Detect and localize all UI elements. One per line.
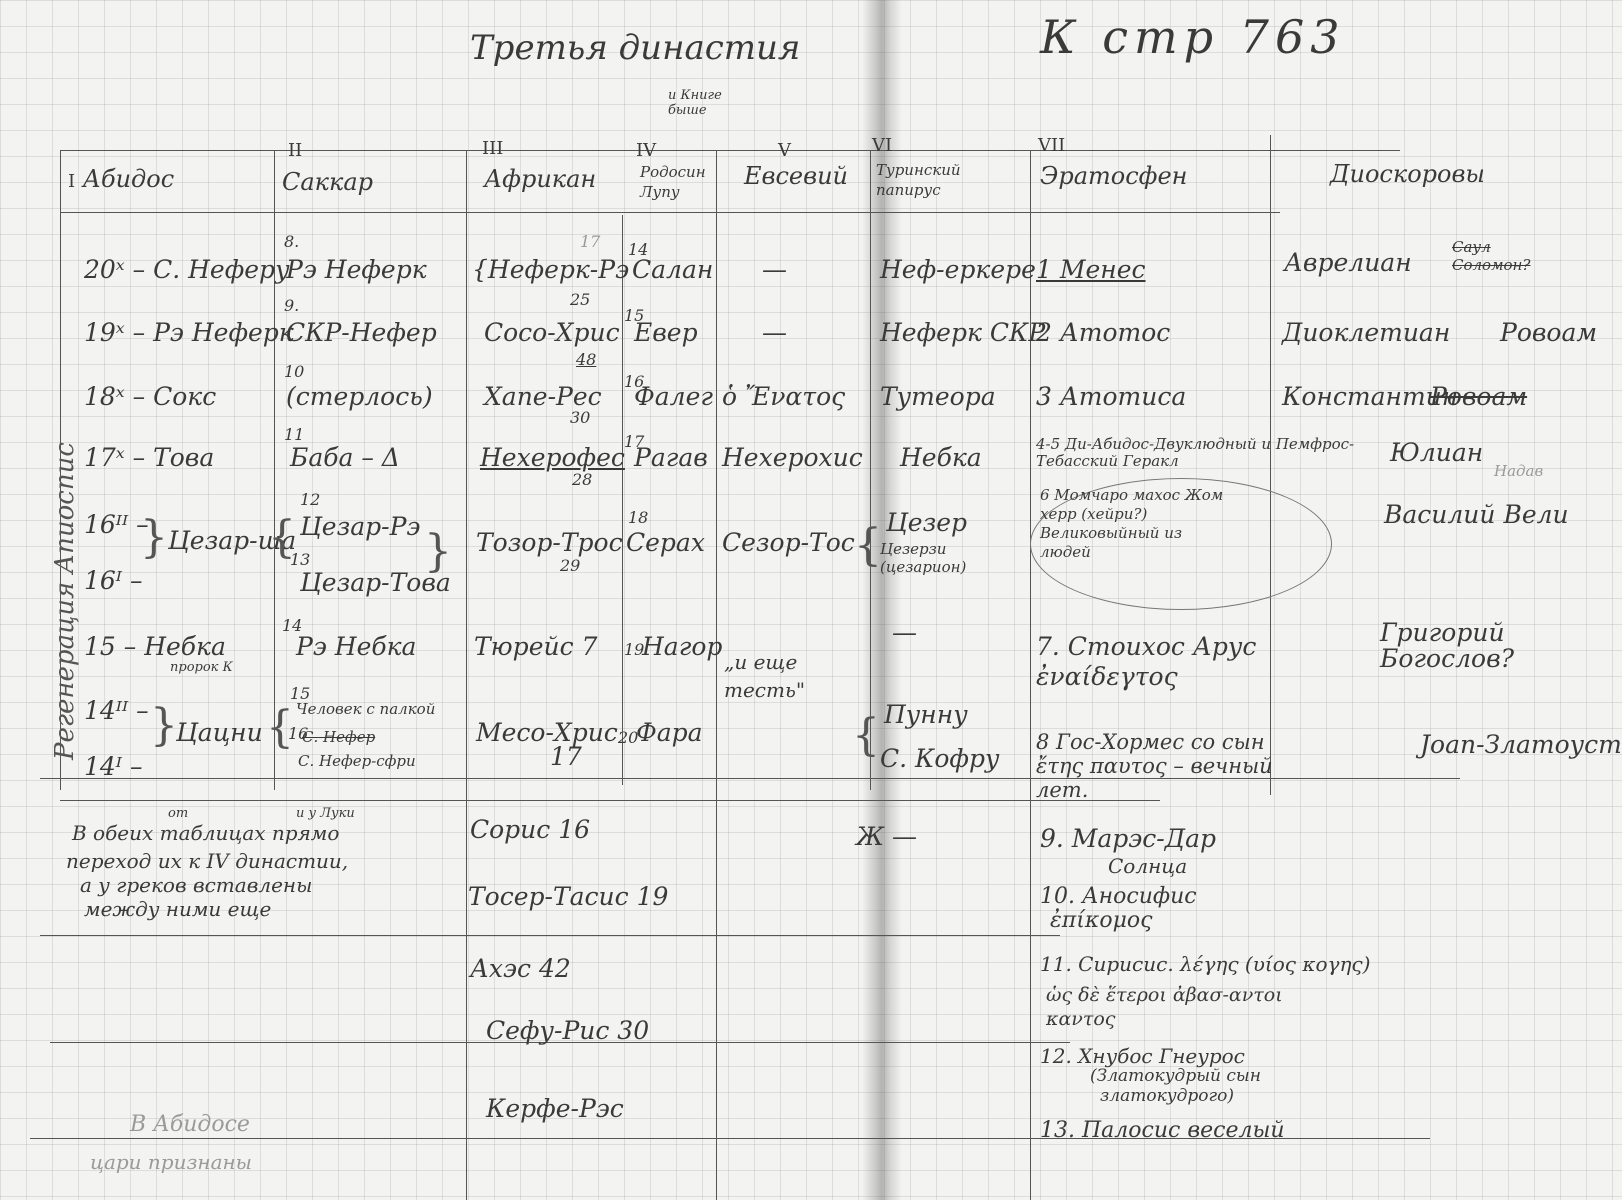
cell-eratosthenes: 8 Гос-Хормес со сын ἔτης παυτος – вечный… <box>1036 730 1286 802</box>
cell-turin: Неф-еркере <box>880 255 1036 284</box>
cell-abydos: 17ˣ – Това <box>84 443 214 472</box>
cell-sakkara: Рэ Небка <box>296 632 416 661</box>
col-header-sakkara: Саккар <box>282 168 373 196</box>
lower-eratosthenes-item: ἐπίκομος <box>1050 908 1152 933</box>
cell-num: 17 <box>580 232 600 251</box>
cell-extra1: Григорий Богослов? <box>1380 620 1570 672</box>
col-rule-3 <box>622 215 623 785</box>
cell-abydos-sub: пророк К <box>170 660 233 675</box>
lower-eratosthenes-item: ὡς δὲ ἕτεροι ἀβασ-αντοι <box>1046 984 1283 1006</box>
cell-eusebius: — <box>762 255 787 284</box>
cell-rodosin: Евер <box>634 318 698 347</box>
cell-abydos: 15 – Небка <box>84 632 226 661</box>
cell-africanus: {Неферк-Рэ <box>472 255 629 284</box>
cell-extra1: Юлиан <box>1390 438 1483 467</box>
roman-numeral: I <box>68 171 75 192</box>
cell-abydos: 20ˣ – С. Неферу <box>84 255 290 284</box>
cell-extra1: Диоклетиан <box>1282 318 1450 347</box>
cell-eusebius: — <box>762 318 787 347</box>
cell-num: 17 <box>550 742 582 771</box>
lower-turin: Ж — <box>856 822 917 851</box>
cell-turin: Неферк СКР <box>880 318 1045 347</box>
col-header-eusebius: Евсевий <box>744 162 848 190</box>
cell-africanus: Тюрейс 7 <box>474 632 597 661</box>
col-rule-2 <box>466 150 467 1200</box>
lower-note-sup: от <box>168 806 188 821</box>
cell-rodosin: Фалег <box>634 382 713 411</box>
cell-num: 9. <box>284 296 299 315</box>
cell-turin: Тутеора <box>880 382 996 411</box>
lower-note-line: переход их к IV династии, <box>66 848 348 874</box>
lower-note-line: В обеих таблицах прямо <box>72 820 339 846</box>
lower-africanus-item: Ахэс 42 <box>470 954 571 983</box>
brace-icon: } <box>424 526 452 577</box>
cell-extra2: Саул Соломон? <box>1452 238 1572 274</box>
cell-extra1: Василий Вели <box>1384 500 1569 529</box>
col-rule-5 <box>870 150 871 790</box>
cell-africanus: Тозор-Трос <box>476 528 623 557</box>
cell-extra2: Ровоам <box>1500 318 1597 347</box>
cell-extra2: Надав <box>1494 462 1543 480</box>
cell-num: 30 <box>570 408 590 427</box>
cell-num: 10 <box>284 362 304 381</box>
cell-sakkara: Цезар-Рэ <box>300 512 420 541</box>
roman-numeral: IV <box>636 140 656 161</box>
cell-sakkara: СКР-Нефер <box>286 318 437 347</box>
roman-numeral: II <box>288 140 302 161</box>
lower-africanus-item: Сефу-Рис 30 <box>486 1016 649 1045</box>
roman-numeral: III <box>482 138 503 159</box>
cell-eusebius: ὁ Ἔνατος <box>722 382 845 411</box>
cell-sakkara: Человек с палкой <box>296 700 435 718</box>
cell-africanus: Месо-Хрис <box>476 718 618 747</box>
col-header-eratosthenes: Эратосфен <box>1040 162 1187 190</box>
cell-africanus: Сосо-Хрис <box>484 318 620 347</box>
lower-note-line: а у греков вставлены <box>80 872 312 898</box>
col-rule-1 <box>274 150 275 790</box>
cell-eratosthenes: 3 Атотиса <box>1036 382 1186 411</box>
cell-eratosthenes: 2 Атотос <box>1036 318 1170 347</box>
col-rule-4 <box>716 150 717 1200</box>
brace-icon: { <box>852 710 880 761</box>
cell-rodosin: Фара <box>636 718 703 747</box>
lower-eratosthenes-item: златокудрого) <box>1100 1086 1234 1106</box>
cell-sakkara-2: С. Нефер-сфри <box>298 752 416 770</box>
col-header-africanus: Африкан <box>484 165 596 193</box>
lower-eratosthenes-item: καντος <box>1046 1008 1115 1030</box>
lower-note-sup: и у Луки <box>296 806 355 821</box>
lower-africanus-item: Керфе-Рэс <box>486 1094 624 1123</box>
cell-eratosthenes: 7. Стоихос Арус ἐναίδεγτος <box>1036 632 1266 692</box>
lower-eratosthenes-item: 10. Аносифис <box>1040 884 1197 909</box>
cell-num: 11 <box>284 425 304 444</box>
cell-eratosthenes: 4-5 Ди-Абидос-Двуклюдный и Пемфрос-Тебас… <box>1036 436 1366 470</box>
table-top-rule <box>60 150 1400 151</box>
roman-numeral: VII <box>1038 135 1065 156</box>
col-header-rodosin: Родосин Лупу <box>640 162 715 202</box>
lower-eratosthenes-item: 13. Палосис веселый <box>1040 1118 1285 1143</box>
cell-sakkara: (стерлось) <box>286 382 433 411</box>
lower-eratosthenes-item: 9. Марэс-Дар <box>1040 824 1216 853</box>
col-header-abydos: I Абидос <box>68 165 174 193</box>
side-note-vertical: Регенерация Апиоспис <box>50 442 80 760</box>
cell-africanus: Нехерофес <box>480 443 625 472</box>
col-header-label: Абидос <box>83 165 174 193</box>
lower-africanus-item: Сорис 16 <box>470 815 590 844</box>
brace-icon: } <box>150 700 178 751</box>
cell-rodosin: Нагор <box>642 632 722 661</box>
faint-text: цари признаны <box>90 1150 252 1174</box>
lower-eratosthenes-item: 11. Сирисис. λέγης (υίος κογης) <box>1040 952 1370 976</box>
lower-eratosthenes-item: 12. Хнубос Гнеурос <box>1040 1044 1245 1068</box>
cell-extra1: Joan-Златоуст <box>1420 730 1622 759</box>
document-title: Третья династия <box>470 28 800 68</box>
cell-abydos-a: 16ᴵᴵ – <box>84 510 149 539</box>
cell-abydos: Цацни <box>176 718 263 747</box>
cell-num: 29 <box>560 556 580 575</box>
cell-rodosin: Рагав <box>634 443 708 472</box>
cell-num: 18 <box>628 508 648 527</box>
col-annotation: и Книге быше <box>668 88 728 118</box>
lower-note-line: между ними еще <box>84 896 271 922</box>
cell-eratosthenes: 6 Момчаро махос Жом херр (хейри?) Велико… <box>1040 486 1230 562</box>
lower-eratosthenes-item: Солнца <box>1108 854 1187 878</box>
cell-eusebius: „и еще тесть" <box>724 648 824 704</box>
cell-eratosthenes: 1 Менес <box>1036 255 1146 284</box>
cell-turin: Пунну <box>884 700 968 729</box>
cell-rodosin: Серах <box>626 528 705 557</box>
brace-icon: } <box>140 512 168 563</box>
lower-africanus-item: Тосер-Тасис 19 <box>468 882 668 911</box>
cell-abydos-b: 14ᴵ – <box>84 752 142 781</box>
brace-icon: { <box>854 520 882 571</box>
lower-eratosthenes-item: (Златокудрый сын <box>1090 1066 1261 1086</box>
cell-sakkara-struck: С. Нефер <box>302 728 375 746</box>
lower-rule-1 <box>40 935 1060 936</box>
cell-sakkara: Баба – Δ <box>290 443 400 472</box>
cell-rodosin: Салан <box>632 255 713 284</box>
cell-num: 28 <box>572 470 592 489</box>
cell-africanus: Хапе-Рес <box>484 382 602 411</box>
cell-eusebius: Нехерохис <box>722 443 863 472</box>
cell-num: 8. <box>284 232 299 251</box>
header-bottom-rule <box>60 212 1280 213</box>
cell-num: 12 <box>300 490 320 509</box>
cell-turin: Небка <box>900 443 982 472</box>
cell-eusebius: Сезор-Тос <box>722 528 855 557</box>
cell-turin: — <box>892 618 917 647</box>
cell-abydos: 18ˣ – Сокс <box>84 382 216 411</box>
cell-num: 25 <box>570 290 590 309</box>
cell-extra1: Аврелиан <box>1284 248 1412 277</box>
cell-extra2: Ровоам <box>1430 382 1527 411</box>
cell-abydos-a: 14ᴵᴵ – <box>84 696 149 725</box>
faint-text: В Абидосе <box>130 1112 250 1137</box>
cell-abydos: 19ˣ – Рэ Неферк <box>84 318 294 347</box>
cell-abydos-b: 16ᴵ – <box>84 566 142 595</box>
col-header-turin: Туринский папирус <box>876 160 996 200</box>
cell-num: 48 <box>576 350 596 369</box>
cell-turin-2: Цезерзи (цезарион) <box>880 540 1020 576</box>
cell-sakkara: Рэ Неферк <box>286 255 427 284</box>
roman-numeral: VI <box>872 135 892 156</box>
cell-turin: Цезер <box>886 508 967 537</box>
page-reference: К стр 763 <box>1040 10 1345 64</box>
cell-turin-2: С. Кофру <box>880 744 1000 773</box>
cell-num: 13 <box>290 550 310 569</box>
col-header-extra: Диоскоровы <box>1330 160 1485 188</box>
roman-numeral: V <box>778 140 791 161</box>
section-rule-2 <box>60 800 1160 801</box>
col-rule-6 <box>1030 150 1031 1200</box>
